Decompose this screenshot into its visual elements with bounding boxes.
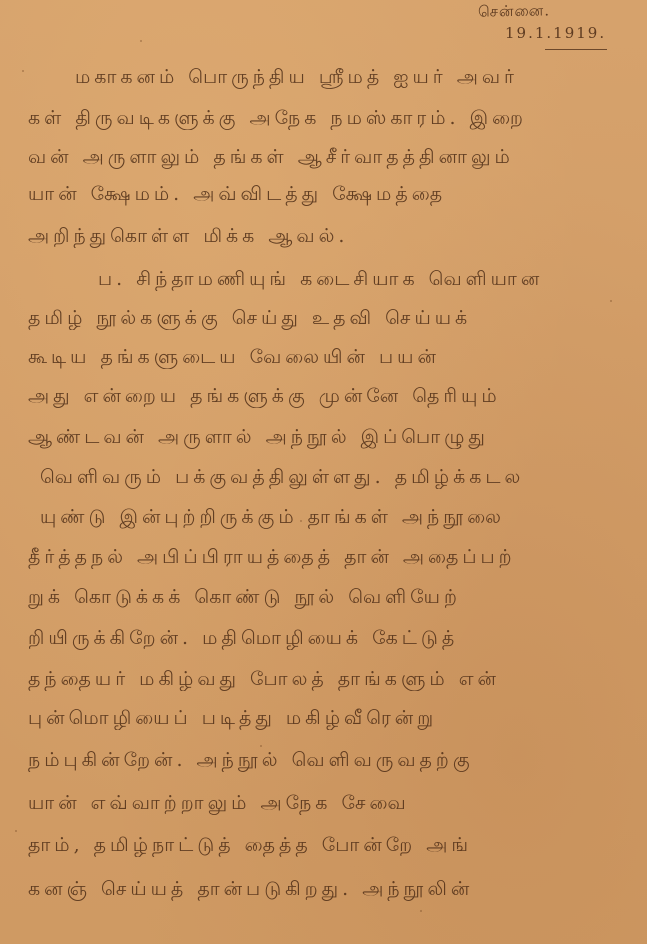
letter-line: யான் எவ்வாற்றாலும் அநேக சேவை xyxy=(28,792,410,817)
letter-line: மகாகனம் பொருந்திய ஸ்ரீமத் ஐயர் அவர் xyxy=(75,66,518,91)
letter-line: அது என்றைய தங்களுக்கு முன்னே தெரியும் xyxy=(28,385,501,410)
letter-line: ப. சிந்தாமணியுங் கடைசியாக வெளியான xyxy=(98,268,543,293)
letter-line: கூடிய தங்களுடைய வேலையின் பயன் xyxy=(28,346,440,371)
letter-date: 19.1.1919. xyxy=(505,24,606,42)
letter-line: தீர்த்தநல் அபிப்பிராயத்தைத் தான் அதைப்பற… xyxy=(28,546,516,571)
paper-speck xyxy=(22,70,24,72)
letter-line: ஆண்டவன் அருளால் அந்நூல் இப்பொழுது xyxy=(28,426,489,451)
letter-place: சென்னை. xyxy=(478,1,550,22)
paper-speck xyxy=(610,300,612,302)
letter-line: றியிருக்கிறேன். மதிமொழியைக் கேட்டுத் xyxy=(28,627,458,652)
date-underline xyxy=(545,49,607,50)
letter-line: தந்தையர் மகிழ்வது போலத் தாங்களும் என் xyxy=(28,668,500,693)
letter-line: கனஞ் செய்யத் தான்படுகிறது. அந்நூலின் xyxy=(28,878,473,903)
paper-speck xyxy=(140,40,142,42)
letter-line: யான் க்ஷேமம். அவ்விடத்து க்ஷேமத்தை xyxy=(28,183,446,208)
letter-line: தாம், தமிழ்நாட்டுத் தைத்த போன்றே அங் xyxy=(28,834,472,859)
letter-line: வன் அருளாலும் தங்கள் ஆசீர்வாதத்தினாலும் xyxy=(28,146,514,171)
letter-line: புன்மொழியைப் படித்து மகிழ்வீரென்று xyxy=(28,707,437,732)
letter-line: தமிழ் நூல்களுக்கு செய்து உதவி செய்யக் xyxy=(28,307,471,332)
letter-page: சென்னை. 19.1.1919. மகாகனம் பொருந்திய ஸ்ர… xyxy=(0,0,647,944)
letter-line: யுண்டு இன்புற்றிருக்கும் தாங்கள் அந்நூலை xyxy=(40,506,505,531)
letter-line: கள் திருவடிகளுக்கு அநேக நமஸ்காரம். இறை xyxy=(28,107,527,132)
paper-speck xyxy=(15,830,17,832)
paper-speck xyxy=(260,745,262,747)
letter-line: அறிந்துகொள்ள மிக்க ஆவல். xyxy=(28,225,348,250)
paper-speck xyxy=(420,910,422,912)
letter-line: றுக் கொடுக்கக் கொண்டு நூல் வெளியேற் xyxy=(28,586,461,611)
letter-line: நம்புகின்றேன். அந்நூல் வெளிவருவதற்கு xyxy=(28,749,474,774)
letter-line: வெளிவரும் பக்குவத்திலுள்ளது. தமிழ்க்கடல xyxy=(40,466,524,491)
